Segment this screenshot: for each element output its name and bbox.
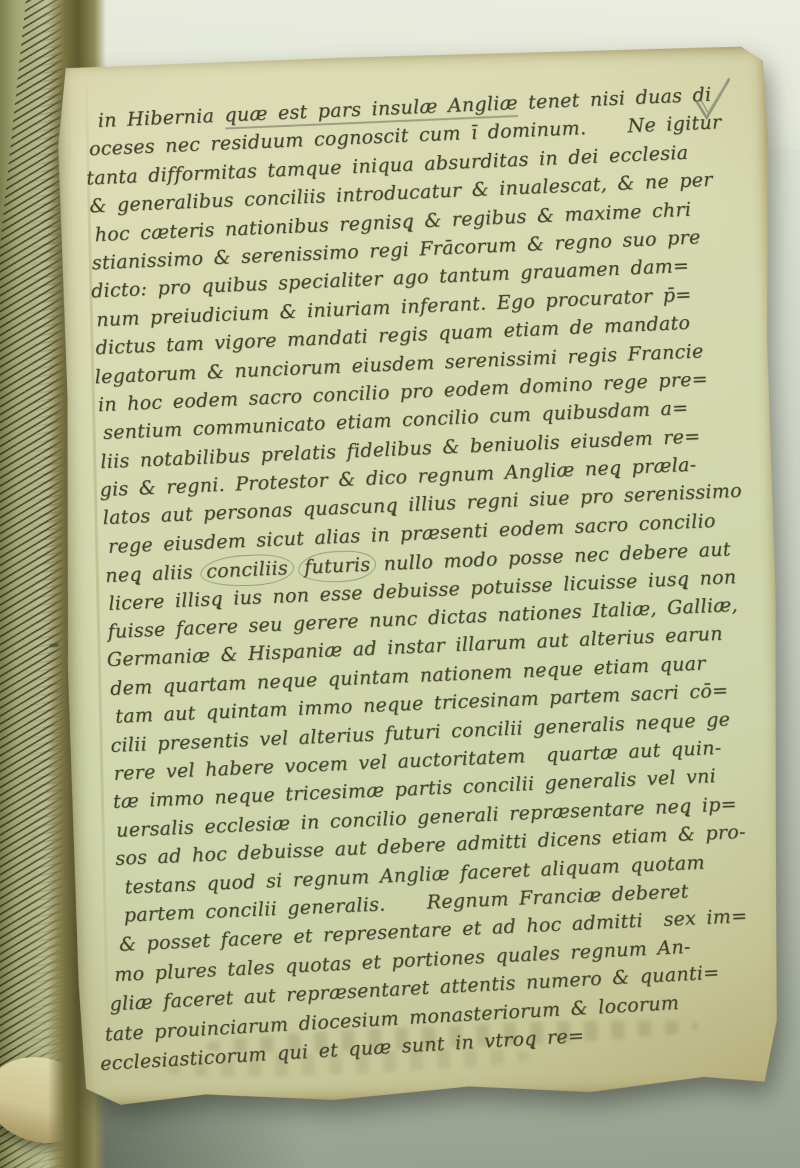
manuscript-text-segment: neq̨ aliis	[105, 561, 204, 587]
manuscript-page: in Hibernia quæ est pars insulæ Angliæ t…	[54, 46, 790, 1110]
manuscript-text: in Hibernia quæ est pars insulæ Angliæ t…	[83, 79, 788, 1072]
photo-backdrop: in Hibernia quæ est pars insulæ Angliæ t…	[0, 0, 800, 1168]
pencil-checkmark-icon	[689, 72, 737, 127]
manuscript-text-segment: in Hibernia	[97, 105, 225, 132]
manuscript-page-surface: in Hibernia quæ est pars insulæ Angliæ t…	[54, 46, 790, 1110]
